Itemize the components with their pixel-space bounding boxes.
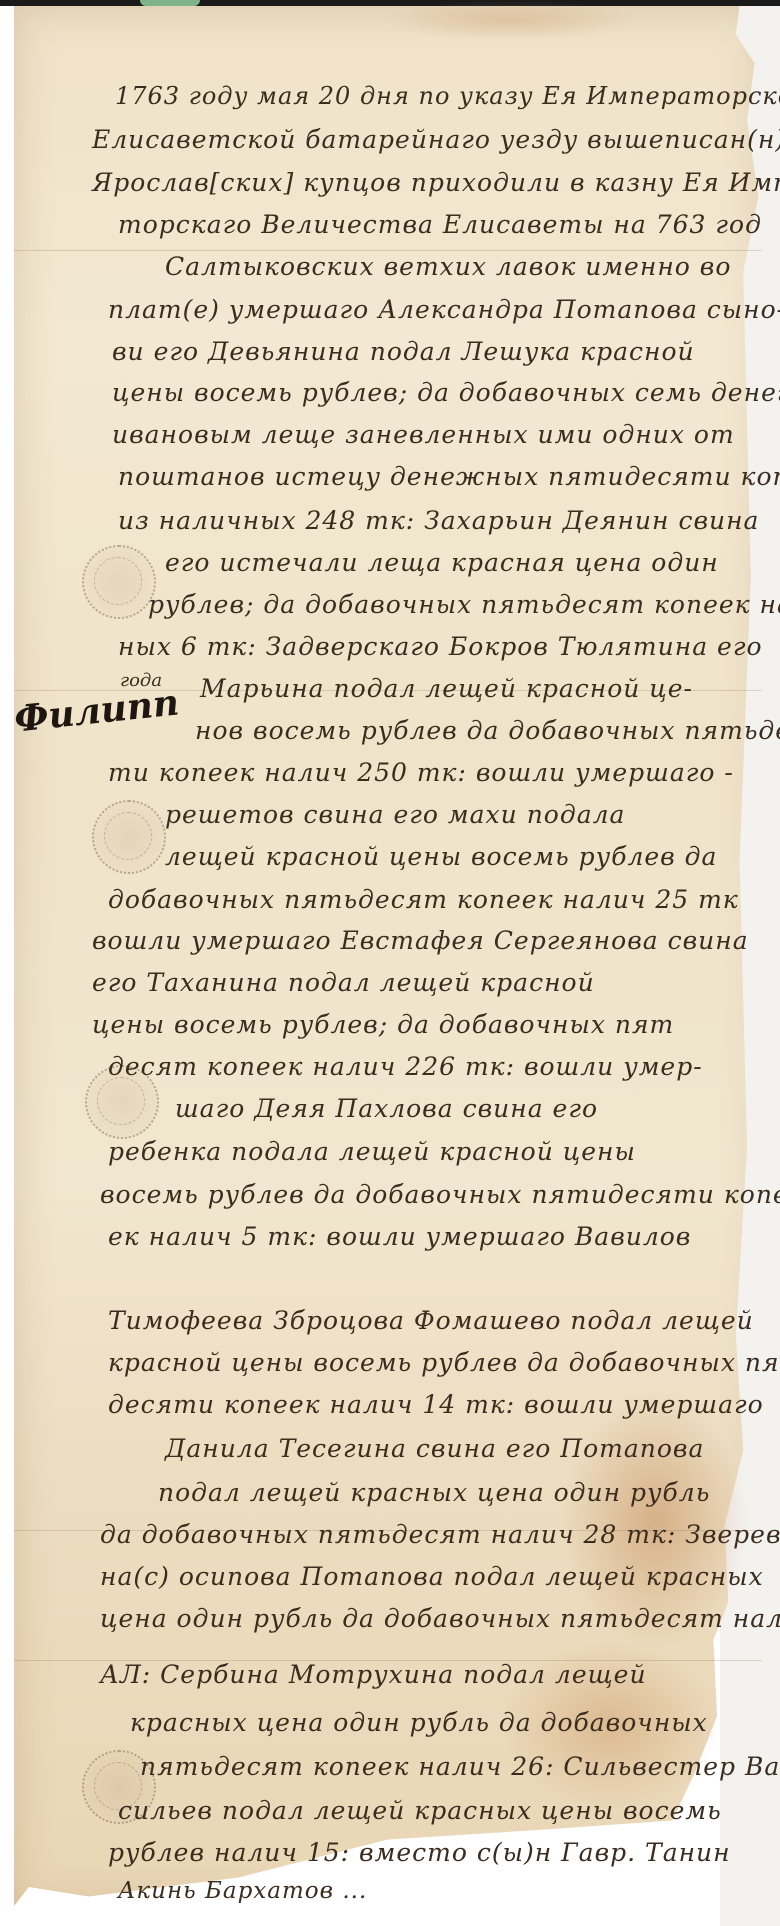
manuscript-line: шаго Деяя Пахлова свина его <box>175 1094 598 1123</box>
manuscript-line: плат(е) умершаго Александра Потапова сын… <box>108 295 780 324</box>
manuscript-line: его Таханина подал лещей красной <box>92 968 595 997</box>
manuscript-line: ти копеек налич 250 тк: вошли умершаго - <box>108 758 734 787</box>
manuscript-line: ек налич 5 тк: вошли умершаго Вавилов <box>108 1222 691 1251</box>
manuscript-line: добавочных пятьдесят копеек налич 25 тк <box>108 885 739 914</box>
manuscript-line: 1763 году мая 20 дня по указу Ея Императ… <box>115 82 780 110</box>
manuscript-line: красной цены восемь рублев да добавочных… <box>108 1348 780 1377</box>
manuscript-line: его истечали леща красная цена один <box>165 548 719 577</box>
manuscript-line: ных 6 тк: Задверскаго Бокров Тюлятина ег… <box>118 632 763 661</box>
manuscript-line: на(с) осипова Потапова подал лещей красн… <box>100 1562 764 1591</box>
scan-top-edge <box>0 0 780 6</box>
seal-impression <box>82 545 156 619</box>
binding-tab <box>140 0 200 6</box>
manuscript-line: из наличных 248 тк: Захарьин Деянин свин… <box>118 506 759 535</box>
manuscript-line: десят копеек налич 226 тк: вошли умер- <box>108 1052 703 1081</box>
manuscript-line: ивановым леще заневленных ими одних от <box>112 420 735 449</box>
manuscript-line: Тимофеева Зброцова Фомашево подал лещей <box>108 1306 754 1335</box>
manuscript-line: Данила Тесегина свина его Потапова <box>165 1434 704 1463</box>
manuscript-line: цены восемь рублев; да добавочных семь д… <box>112 378 780 407</box>
manuscript-line: ребенка подала лещей красной цены <box>108 1137 636 1166</box>
manuscript-line: рублев; да добавочных пятьдесят копеек н… <box>148 590 780 619</box>
manuscript-line: Салтыковских ветхих лавок именно во <box>165 252 731 281</box>
manuscript-line: подал лещей красных цена один рубль <box>158 1478 710 1507</box>
manuscript-line: Ярослав[ских] купцов приходили в казну Е… <box>92 168 780 197</box>
manuscript-line: Марьина подал лещей красной це- <box>200 674 693 703</box>
manuscript-line: Елисаветской батарейнаго уезду вышеписан… <box>92 125 780 154</box>
manuscript-line: да добавочных пятьдесят налич 28 тк: Зве… <box>100 1520 780 1549</box>
manuscript-line: пятьдесят копеек налич 26: Сильвестер Ва… <box>140 1752 780 1781</box>
manuscript-line: нов восемь рублев да добавочных пятьдеся… <box>195 716 780 745</box>
manuscript-line: восемь рублев да добавочных пятидесяти к… <box>100 1180 780 1209</box>
manuscript-line: Акинь Бархатов ... <box>118 1878 367 1904</box>
fold-crease <box>14 250 762 251</box>
manuscript-line: цена один рубль да добавочных пятьдесят … <box>100 1604 780 1633</box>
manuscript-line: вошли умершаго Евстафея Сергеянова свина <box>92 926 749 955</box>
seal-impression <box>92 800 166 874</box>
manuscript-line: АЛ: Сербина Мотрухина подал лещей <box>100 1660 647 1689</box>
manuscript-line: цены восемь рублев; да добавочных пят <box>92 1010 674 1039</box>
manuscript-line: рублев налич 15: вместо с(ы)н Гавр. Тани… <box>108 1838 731 1867</box>
manuscript-line: поштанов истецу денежных пятидесяти копе… <box>118 462 780 491</box>
manuscript-line: сильев подал лещей красных цены восемь <box>118 1796 722 1825</box>
manuscript-line: красных цена один рубль да добавочных <box>130 1708 708 1737</box>
margin-note: года <box>120 670 162 691</box>
manuscript-line: ви его Девьянина подал Лешука красной <box>112 337 695 366</box>
manuscript-line: решетов свина его махи подала <box>165 800 625 829</box>
manuscript-line: десяти копеек налич 14 тк: вошли умершаг… <box>108 1390 764 1419</box>
manuscript-line: торскаго Величества Елисаветы на 763 год <box>118 210 762 239</box>
manuscript-line: лещей красной цены восемь рублев да <box>165 842 717 871</box>
